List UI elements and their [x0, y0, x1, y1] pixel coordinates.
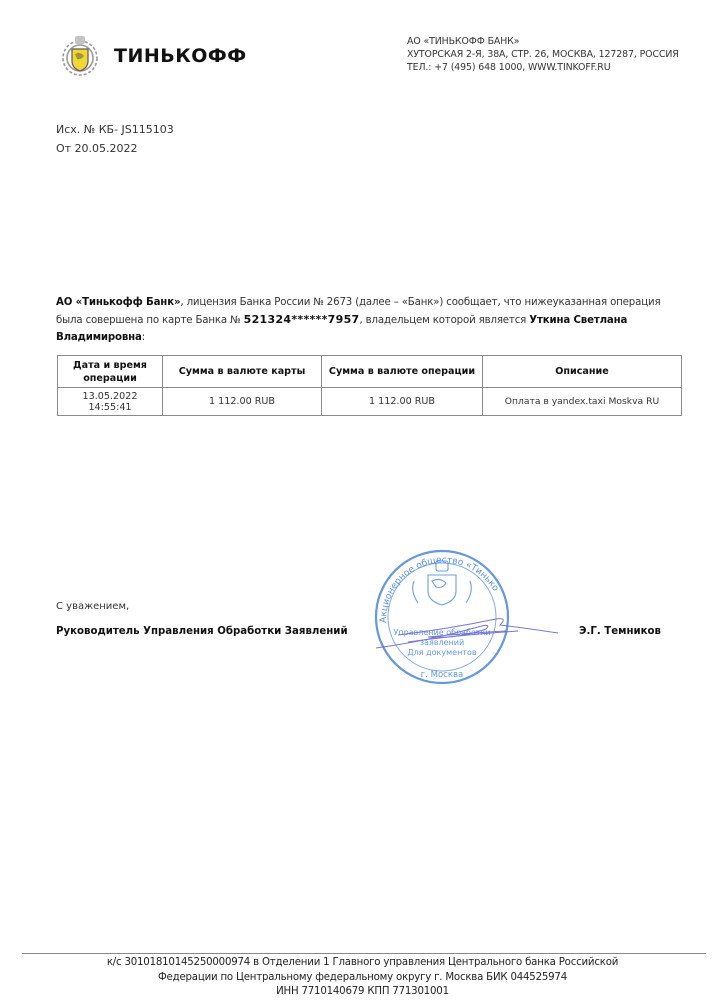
- cell-card-amount: 1 112.00 RUB: [163, 388, 322, 416]
- header-card-amount: Сумма в валюте карты: [163, 356, 322, 388]
- reference-number: Исх. № КБ- JS115103: [56, 120, 174, 139]
- footer-line: Федерации по Центральному федеральному о…: [0, 971, 725, 986]
- stamp-city: г. Москва: [421, 670, 463, 680]
- intro-text: :: [142, 332, 145, 343]
- regards-text: С уважением,: [56, 601, 129, 612]
- address-line: ТЕЛ.: +7 (495) 648 1000, WWW.TINKOFF.RU: [407, 61, 679, 74]
- cell-operation-amount: 1 112.00 RUB: [322, 388, 483, 416]
- table-header-row: Дата и время операции Сумма в валюте кар…: [58, 356, 682, 388]
- intro-text: , владельцем которой является: [359, 315, 529, 326]
- header-description: Описание: [483, 356, 682, 388]
- bank-address: АО «ТИНЬКОФФ БАНК» ХУТОРСКАЯ 2-Я, 38А, С…: [407, 35, 679, 74]
- bank-requisites-footer: к/с 30101810145250000974 в Отделении 1 Г…: [0, 956, 725, 1000]
- header-datetime: Дата и время операции: [58, 356, 163, 388]
- footer-line: к/с 30101810145250000974 в Отделении 1 Г…: [0, 956, 725, 971]
- footer-divider: [22, 953, 706, 954]
- stamp-line-3: Для документов: [407, 648, 476, 657]
- address-line: ХУТОРСКАЯ 2-Я, 38А, СТР. 26, МОСКВА, 127…: [407, 48, 679, 61]
- bank-stamp: Акционерное общество «Тинькофф Банк» Упр…: [368, 545, 568, 690]
- intro-paragraph: АО «Тинькофф Банк», лицензия Банка Росси…: [56, 294, 686, 346]
- reference-date: От 20.05.2022: [56, 139, 174, 158]
- logo-wordmark: ТИНЬКОФФ: [114, 45, 247, 67]
- header-operation-amount: Сумма в валюте операции: [322, 356, 483, 388]
- outgoing-reference: Исх. № КБ- JS115103 От 20.05.2022: [56, 120, 174, 158]
- table-row: 13.05.2022 14:55:41 1 112.00 RUB 1 112.0…: [58, 388, 682, 416]
- cell-datetime: 13.05.2022 14:55:41: [58, 388, 163, 416]
- operations-table: Дата и время операции Сумма в валюте кар…: [57, 355, 682, 416]
- signer-position: Руководитель Управления Обработки Заявле…: [56, 626, 348, 637]
- address-line: АО «ТИНЬКОФФ БАНК»: [407, 35, 679, 48]
- bank-logo: ТИНЬКОФФ: [56, 32, 247, 80]
- bank-name: АО «Тинькофф Банк»: [56, 297, 180, 308]
- footer-line: ИНН 7710140679 КПП 771301001: [0, 985, 725, 1000]
- card-number: 521324******7957: [244, 313, 360, 326]
- tinkoff-emblem-icon: [56, 32, 104, 80]
- cell-description: Оплата в yandex.taxi Moskva RU: [483, 388, 682, 416]
- signer-name: Э.Г. Темников: [579, 626, 661, 637]
